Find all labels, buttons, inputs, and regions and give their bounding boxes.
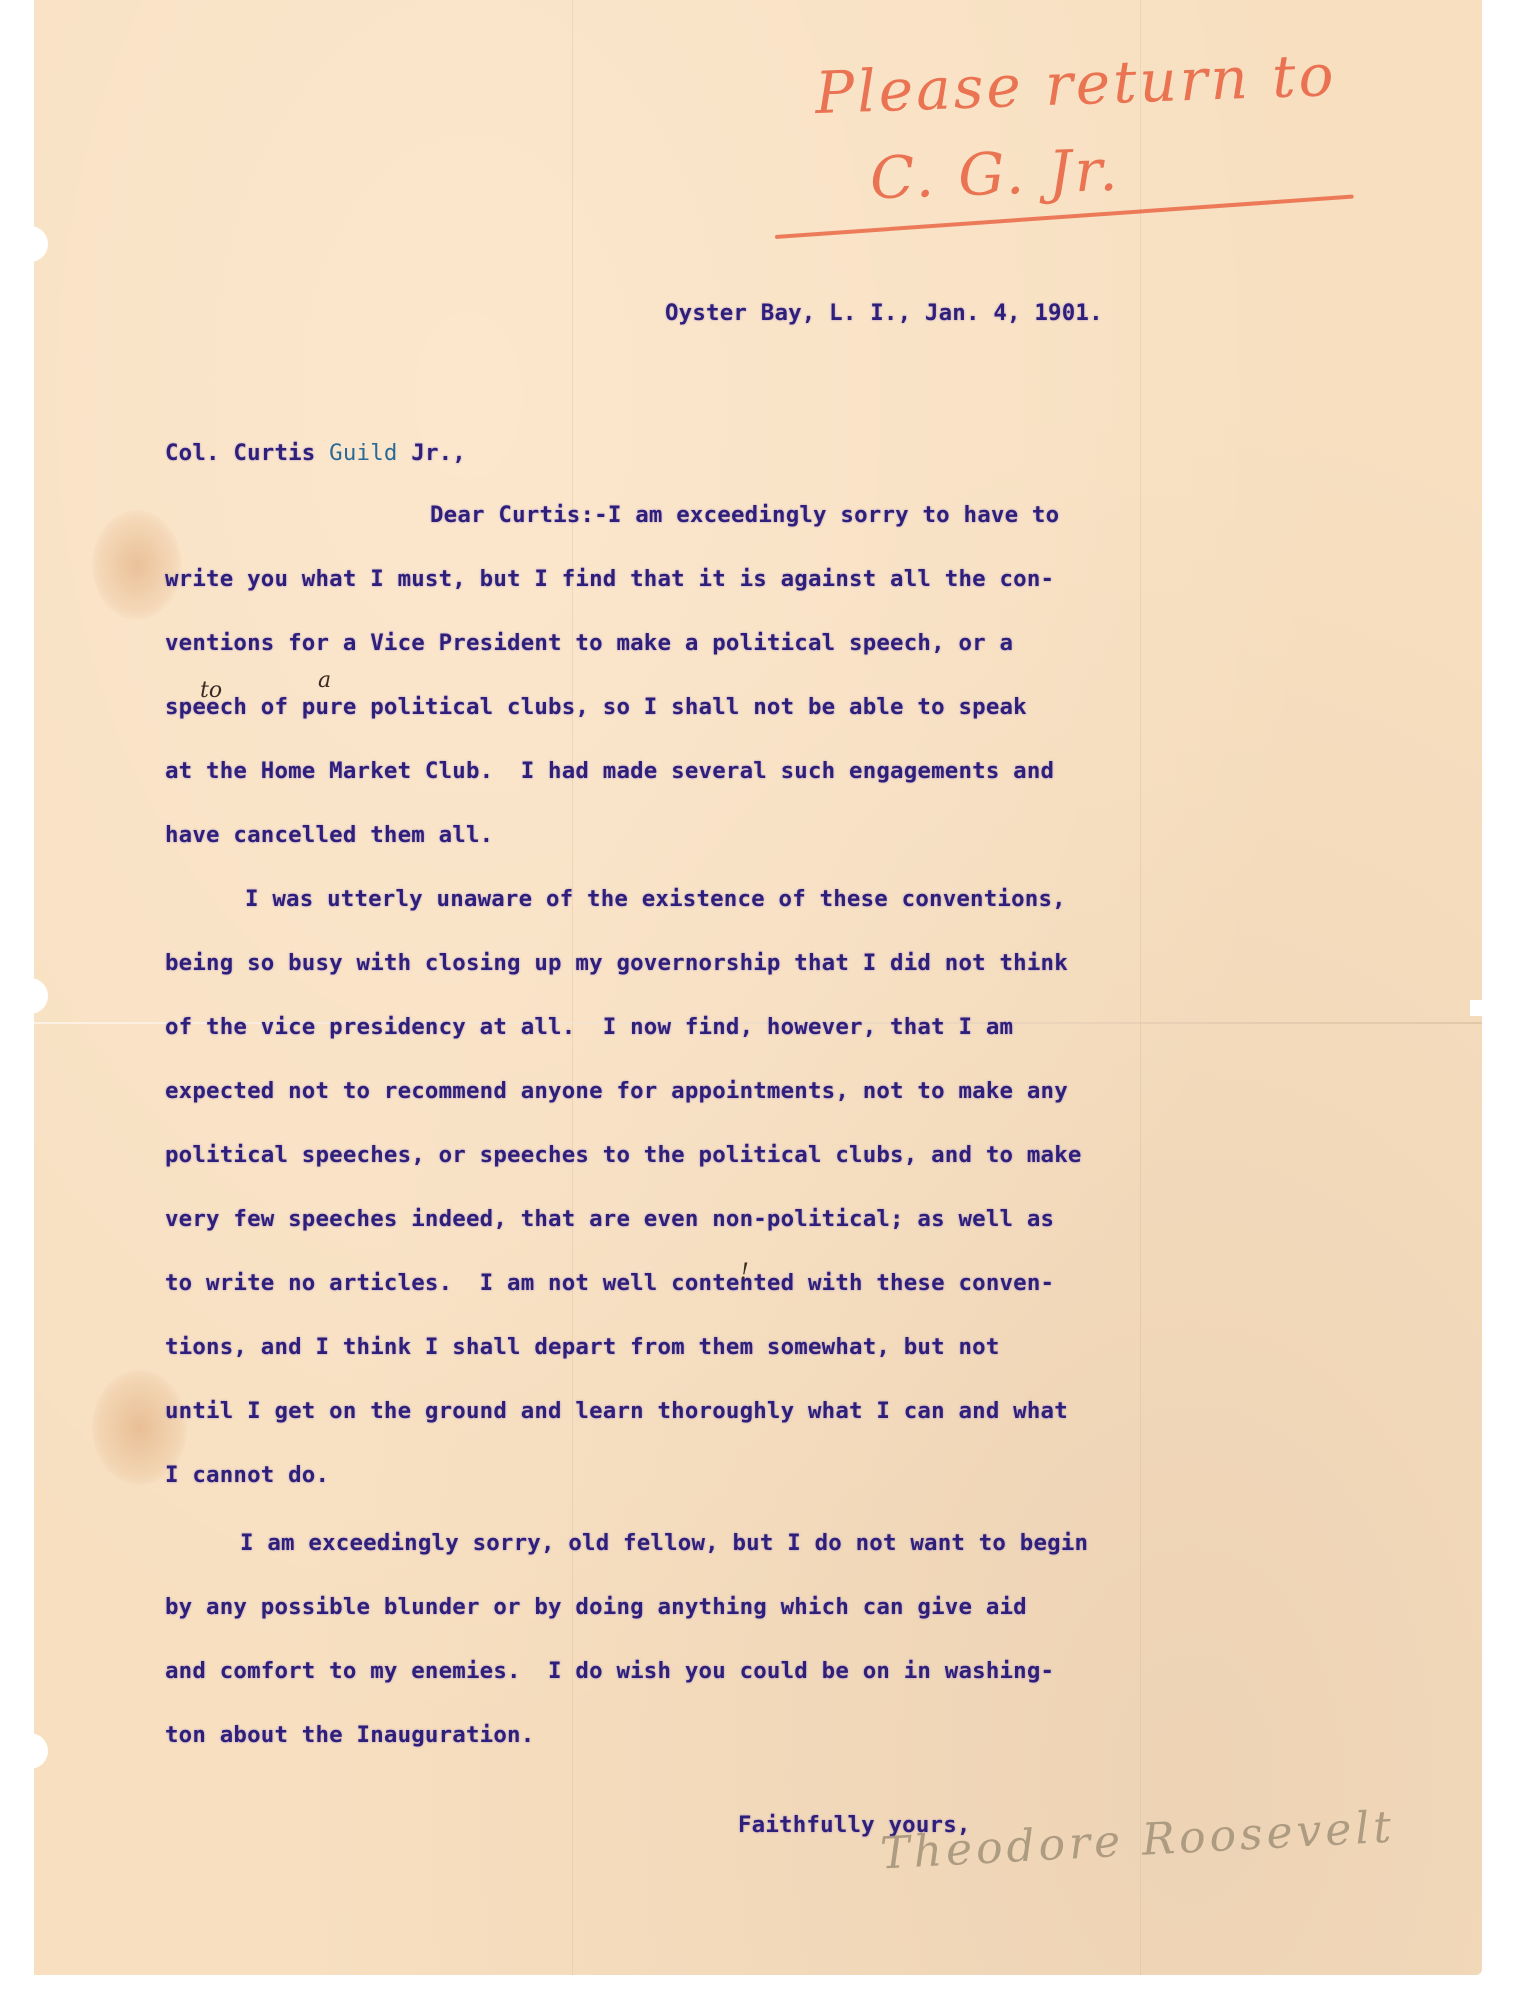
body-line: ventions for a Vice President to make a … (165, 630, 1013, 656)
addressee-inserted-name: Guild (329, 440, 397, 466)
body-line: have cancelled them all. (165, 822, 493, 848)
body-line: ton about the Inauguration. (165, 1722, 534, 1748)
body-line: at the Home Market Club. I had made seve… (165, 758, 1054, 784)
body-line: until I get on the ground and learn thor… (165, 1398, 1068, 1424)
salutation-line: Dear Curtis:-I am exceedingly sorry to h… (430, 502, 1059, 528)
handwritten-annotation-line2: C. G. Jr. (869, 136, 1122, 213)
body-line: write you what I must, but I find that i… (165, 566, 1054, 592)
handwritten-correction: ! (740, 1260, 749, 1285)
handwritten-correction: a (318, 668, 331, 693)
body-line: I cannot do. (165, 1462, 329, 1488)
paragraph-start: I was utterly unaware of the existence o… (245, 886, 1066, 912)
handwritten-correction: to (200, 678, 222, 703)
addressee: Col. Curtis Guild Jr., (165, 440, 466, 466)
body-line: being so busy with closing up my governo… (165, 950, 1068, 976)
paragraph-start: I am exceedingly sorry, old fellow, but … (240, 1530, 1088, 1556)
body-line: tions, and I think I shall depart from t… (165, 1334, 1000, 1360)
body-line: by any possible blunder or by doing anyt… (165, 1594, 1027, 1620)
binder-hole (0, 226, 48, 262)
dateline: Oyster Bay, L. I., Jan. 4, 1901. (665, 300, 1103, 326)
body-line: expected not to recommend anyone for app… (165, 1078, 1068, 1104)
body-line: and comfort to my enemies. I do wish you… (165, 1658, 1054, 1684)
body-line: very few speeches indeed, that are even … (165, 1206, 1054, 1232)
binder-hole (0, 978, 48, 1014)
body-line: political speeches, or speeches to the p… (165, 1142, 1082, 1168)
addressee-suffix: Jr., (398, 440, 466, 466)
binder-hole (0, 1733, 48, 1769)
body-line: of the vice presidency at all. I now fin… (165, 1014, 1013, 1040)
body-line: speech of pure political clubs, so I sha… (165, 694, 1027, 720)
edge-tear (1470, 1000, 1482, 1016)
foxing-stain (92, 510, 182, 620)
body-line: to write no articles. I am not well cont… (165, 1270, 1054, 1296)
fold-line (1140, 0, 1141, 1975)
addressee-typed: Col. Curtis (165, 440, 329, 466)
